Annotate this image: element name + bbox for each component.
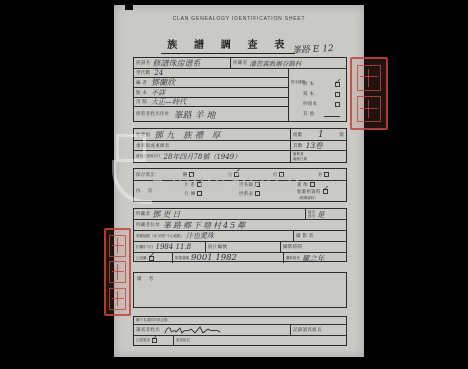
field-label: 記錄譜查組長 xyxy=(293,327,322,333)
field-label: 所藏者住址 xyxy=(136,222,160,228)
surveyor-signature xyxy=(162,325,226,335)
field-photographed: 已拍攝 xyxy=(134,253,173,263)
field-label: 族譜名 xyxy=(136,60,150,66)
field-photographer: 攝 影 者 xyxy=(294,231,346,241)
checkbox xyxy=(152,338,157,343)
field-label: 已經複查 xyxy=(136,338,150,342)
checkbox xyxy=(335,82,340,87)
surveyor-table: 關于本譜的印象記錄 調查者姓名 記錄譜查組長 已經複查 xyxy=(133,316,347,346)
field-pages: 頁數 13卷 xyxy=(291,141,346,151)
field-address: 所藏者住址 峯路鄉下塘村45鄰 xyxy=(134,220,346,231)
seal-glyph xyxy=(109,235,126,257)
field-value: 28年四月78號（1949） xyxy=(164,152,242,162)
english-header: CLAN GENEALOGY IDENTIFICATION SHEET xyxy=(114,16,364,22)
field-holder: 所藏者 潘習義敎辦谷路科 xyxy=(231,58,346,68)
field-reviewed: 已經複查 xyxy=(134,336,174,345)
field-label: 版 本 xyxy=(136,90,147,96)
field-value: 修譜珠房谱系 xyxy=(152,58,200,68)
familysearch-watermark: FamilySearch xyxy=(150,165,300,196)
impression-row: 關于本譜的印象記錄 xyxy=(134,317,346,325)
field-label: 微捲號碼 xyxy=(175,256,189,260)
founder-volumes-table: 始遷祖 鄧九 族禮 厚 重刻版或重修者 最初及最後年代 28年四月78號（194… xyxy=(133,128,347,163)
remarks-box: 備 考 xyxy=(133,272,347,308)
field-film-no: 底片編號 xyxy=(206,242,281,252)
field-value: 24 xyxy=(154,69,163,77)
copy-type-option: 抄寫本 xyxy=(303,101,340,107)
field-surveyor: 調查者姓名 xyxy=(134,325,291,335)
red-seal-left xyxy=(104,228,131,316)
field-value: 大正—時代 xyxy=(151,97,186,107)
checkbox xyxy=(335,92,340,97)
contents-col: 圖 像 始遷祖資料 （略傳資料） xyxy=(297,182,328,200)
copy-type-option: 寫 本 xyxy=(303,91,340,97)
field-photo-time: 攝影時間 xyxy=(281,242,346,252)
field-label: 所藏者 xyxy=(136,211,150,217)
field-label: 備 考 xyxy=(137,276,156,282)
seal-glyph xyxy=(109,288,126,310)
checkbox xyxy=(149,256,154,261)
checkbox xyxy=(335,102,340,107)
field-value: 1984 11.8 xyxy=(156,243,192,251)
field-value: 汴也愛珠 xyxy=(186,231,214,241)
field-editor: 編 者 鄧蘭欣 xyxy=(134,78,288,88)
unit-label: 冊 xyxy=(339,132,344,138)
field-value: 潘習義敎辦谷路科 xyxy=(249,59,301,68)
field-lendable: 能否 借出 是 xyxy=(306,209,346,219)
field-label: 攝 影 者 xyxy=(296,233,314,239)
field-value: 鄧蘭欣 xyxy=(151,77,175,88)
field-label: 所藏地點（家·祠堂·中心地點） xyxy=(136,234,184,238)
field-value: 峯路 羊 地 xyxy=(174,108,216,121)
field-label: 複查組長 xyxy=(176,338,190,342)
field-label: 攝影組長 xyxy=(286,256,300,260)
field-value: 峯路鄉下塘村45鄰 xyxy=(163,220,247,231)
field-label: 出 版 xyxy=(136,99,147,105)
seal-glyph xyxy=(357,96,381,122)
field-photo-leader: 攝影組長 羅之年 xyxy=(284,253,346,263)
copy-type-option: 其 他 xyxy=(303,111,340,117)
scan-artifact xyxy=(125,5,133,10)
field-genealogy-title: 族譜名 修譜珠房谱系 xyxy=(134,58,231,68)
field-recorder: 記錄譜查組長 xyxy=(291,325,346,335)
contents-note: （略傳資料） xyxy=(297,196,328,200)
checkbox xyxy=(310,182,315,187)
red-seal-right xyxy=(350,57,388,130)
field-label: 拍攝年月日 xyxy=(136,245,154,249)
field-value: 羅之年 xyxy=(302,253,325,263)
field-label: 編 者 xyxy=(136,80,147,86)
field-label: 所藏者 xyxy=(233,60,247,66)
field-label: 冊數 xyxy=(293,132,303,138)
custody-photo-table: 所藏者 鄧更日 能否 借出 是 所藏者住址 峯路鄉下塘村45鄰 所藏地點（家·祠… xyxy=(133,208,347,262)
field-value: 是 xyxy=(317,209,325,219)
copy-type-option: 原 本 xyxy=(303,81,340,87)
field-label: 底片編號 xyxy=(208,244,227,250)
seal-glyph xyxy=(109,261,126,283)
handwritten-note: 峯路 E 12 xyxy=(292,41,334,56)
checkbox xyxy=(324,172,329,177)
field-photo-date: 拍攝年月日 1984 11.8 xyxy=(134,242,206,252)
blank-line xyxy=(324,112,340,117)
field-label: 攝影時間 xyxy=(283,244,302,250)
field-owner: 所藏者 鄧更日 xyxy=(134,209,306,219)
seal-glyph xyxy=(357,65,381,91)
field-label: 頁數 xyxy=(293,143,303,149)
field-value: 鄧九 族禮 厚 xyxy=(154,129,223,141)
scanned-image: CLAN GENEALOGY IDENTIFICATION SHEET 族 譜 … xyxy=(0,0,468,369)
field-value: 鄧更日 xyxy=(152,209,182,219)
field-location: 所藏地點（家·祠堂·中心地點） 汴也愛珠 xyxy=(134,231,294,241)
field-microfilm: 微捲號碼 9001 1982 xyxy=(173,253,284,263)
field-label: 已拍攝 xyxy=(136,256,147,260)
field-keeper: 保管者姓名住址 峯路 羊 地 xyxy=(134,107,288,121)
genealogy-info-table: 族譜名 修譜珠房谱系 所藏者 潘習義敎辦谷路科 世代數 24 編 者 鄧蘭欣 xyxy=(133,57,347,122)
field-published: 出 版 大正—時代 xyxy=(134,98,288,107)
chinese-title: 族 譜 調 查 表 xyxy=(161,36,295,54)
field-label: 世代數 xyxy=(136,70,150,76)
checkbox xyxy=(323,189,328,194)
field-review-leader: 複查組長 xyxy=(174,336,346,345)
field-value: 9001 1982 xyxy=(191,253,237,263)
field-label: 關于本譜的印象記錄 xyxy=(136,318,168,322)
field-value: 13卷 xyxy=(306,140,323,151)
field-label: 調查者姓名 xyxy=(136,327,160,333)
copy-type-column: 寫本種類 原 本 寫 本 抄寫本 xyxy=(289,69,346,121)
field-value: 不詳 xyxy=(151,88,165,98)
field-review: 審核者 審核日期 xyxy=(291,151,346,162)
condition-option: 劣 xyxy=(318,172,330,178)
field-value: 1 xyxy=(318,130,324,140)
field-label: 保管者姓名住址 xyxy=(136,111,170,117)
